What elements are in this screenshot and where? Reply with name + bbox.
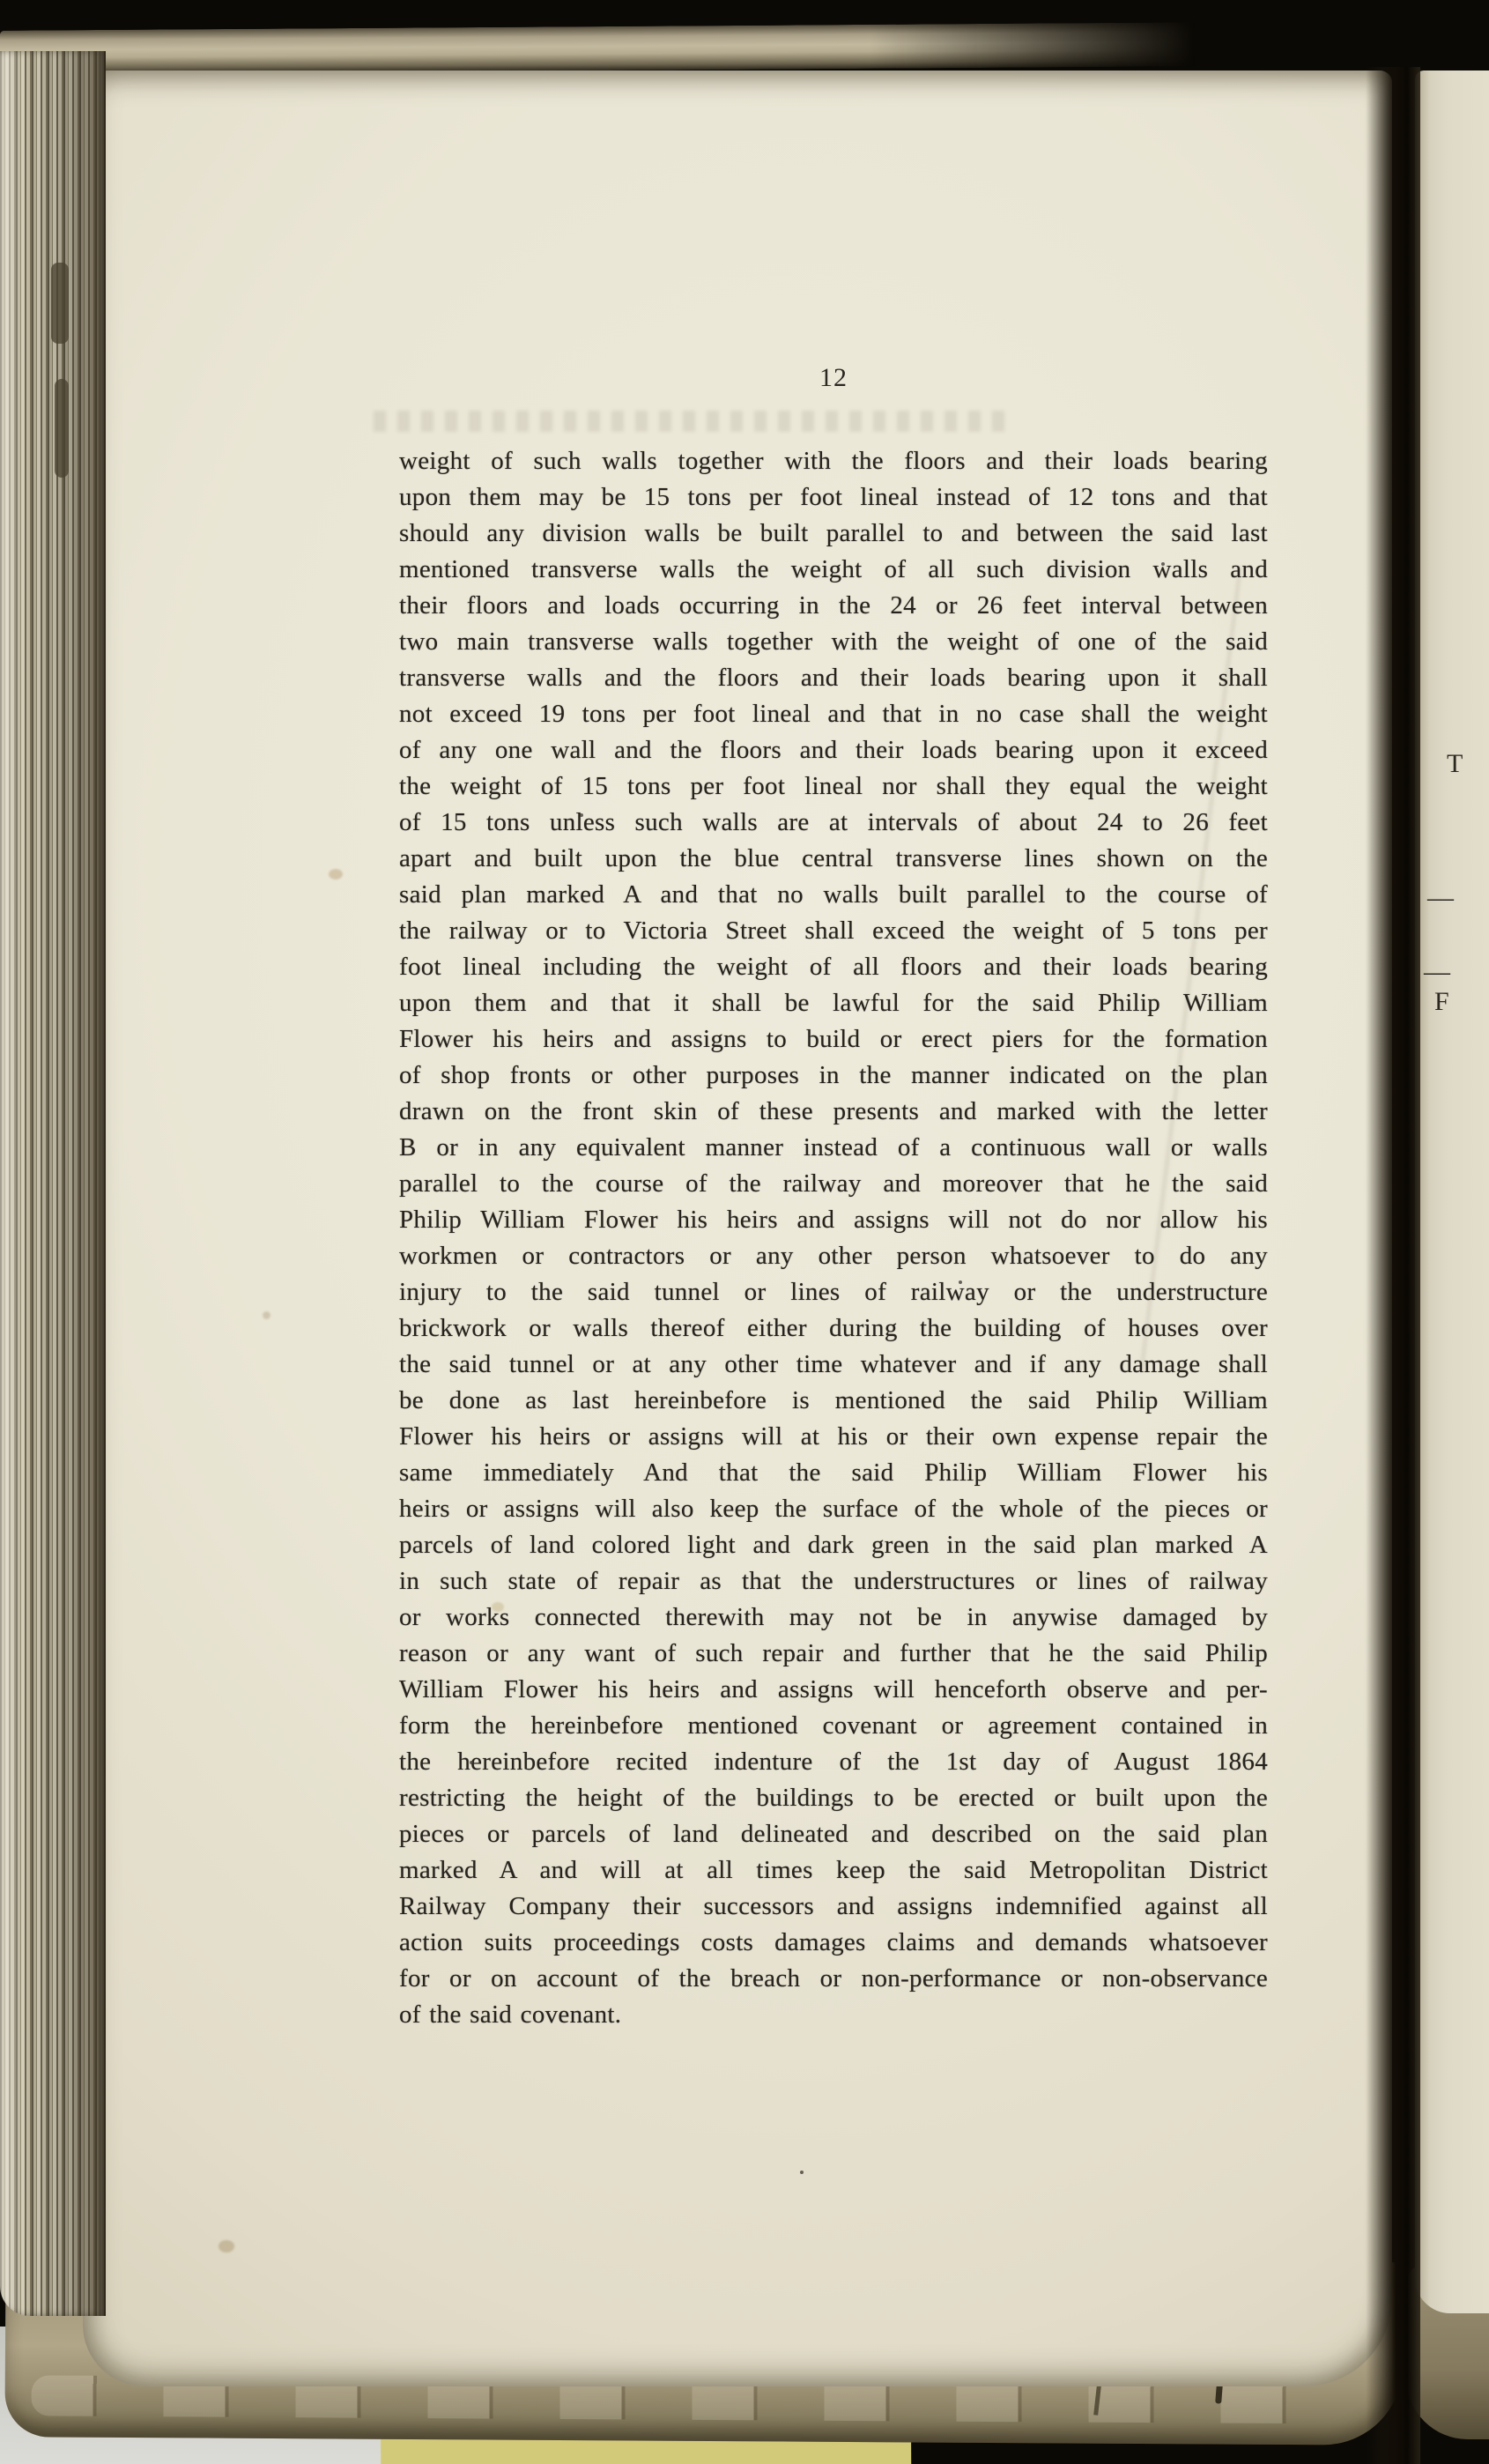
- body-text-line: should any division walls be built paral…: [399, 516, 1268, 552]
- body-text-line: parcels of land colored light and dark g…: [399, 1527, 1268, 1563]
- page-text-block: weight of such walls together with the f…: [399, 443, 1268, 2033]
- next-page-text-fragment: T: [1447, 749, 1463, 779]
- binding-dark-mark: [55, 379, 69, 478]
- body-text-line: of shop fronts or other purposes in the …: [399, 1058, 1268, 1094]
- body-text-line: Philip William Flower his heirs and assi…: [399, 1202, 1268, 1238]
- next-page-text-fragment: —: [1424, 957, 1451, 987]
- body-text-line: workmen or contractors or any other pers…: [399, 1238, 1268, 1274]
- body-text-line: upon them and that it shall be lawful fo…: [399, 985, 1268, 1021]
- binding-dark-mark: [51, 263, 69, 344]
- body-text-line: Railway Company their successors and ass…: [399, 1889, 1268, 1925]
- body-text-line: of 15 tons unless such walls are at inte…: [399, 805, 1268, 841]
- body-text-line: the weight of 15 tons per foot lineal no…: [399, 768, 1268, 805]
- page-gutter-shadow: [1366, 67, 1420, 2464]
- body-text-line: upon them may be 15 tons per foot lineal…: [399, 479, 1268, 516]
- body-text-line: said plan marked A and that no walls bui…: [399, 877, 1268, 913]
- paper-speck: [800, 2171, 804, 2174]
- body-text-line: marked A and will at all times keep the …: [399, 1852, 1268, 1889]
- left-page-edges-stack: [0, 51, 106, 2316]
- body-text-line: same immediately And that the said Phili…: [399, 1455, 1268, 1491]
- body-text-line: be done as last hereinbefore is mentione…: [399, 1383, 1268, 1419]
- body-text-line: their floors and loads occurring in the …: [399, 588, 1268, 624]
- body-text-line: the said tunnel or at any other time wha…: [399, 1347, 1268, 1383]
- paper-stain: [329, 869, 343, 879]
- book-page: 12 weight of such walls together with th…: [83, 71, 1392, 2386]
- body-text-line: parallel to the course of the railway an…: [399, 1166, 1268, 1202]
- body-text-line: weight of such walls together with the f…: [399, 443, 1268, 479]
- page-number: 12: [399, 363, 1268, 398]
- body-text-line: William Flower his heirs and assigns wil…: [399, 1672, 1268, 1708]
- body-text-line: reason or any want of such repair and fu…: [399, 1636, 1268, 1672]
- body-text-line: apart and built upon the blue central tr…: [399, 841, 1268, 877]
- body-text-line: pieces or parcels of land delineated and…: [399, 1816, 1268, 1852]
- body-text-line: form the hereinbefore mentioned covenant…: [399, 1708, 1268, 1744]
- paper-speck: [1161, 562, 1165, 566]
- body-text-line: action suits proceedings costs damages c…: [399, 1925, 1268, 1961]
- show-through-marks: [374, 411, 1008, 432]
- paper-speck: [959, 1280, 962, 1284]
- body-text-line: restricting the height of the buildings …: [399, 1780, 1268, 1816]
- body-text-line: of the said covenant.: [399, 1997, 1268, 2033]
- body-text-line: foot lineal including the weight of all …: [399, 949, 1268, 985]
- body-text-line: mentioned transverse walls the weight of…: [399, 552, 1268, 588]
- body-text-line: the railway or to Victoria Street shall …: [399, 913, 1268, 949]
- paper-speck: [580, 813, 583, 817]
- paper-stain: [219, 2240, 234, 2252]
- paper-speck: [470, 1761, 473, 1764]
- body-text-line: for or on account of the breach or non-p…: [399, 1961, 1268, 1997]
- body-text-line: Flower his heirs or assigns will at his …: [399, 1419, 1268, 1455]
- next-page-sliver: T — — F: [1415, 71, 1489, 2313]
- body-text-line: B or in any equivalent manner instead of…: [399, 1130, 1268, 1166]
- next-page-text-fragment: F: [1434, 987, 1449, 1017]
- next-page-text-fragment: —: [1427, 883, 1455, 913]
- book-top-page-edges: [0, 22, 1207, 75]
- body-text-line: two main transverse walls together with …: [399, 624, 1268, 660]
- body-text-line: not exceed 19 tons per foot lineal and t…: [399, 696, 1268, 732]
- body-text-line: or works connected therewith may not be …: [399, 1599, 1268, 1636]
- body-text-line: Flower his heirs and assigns to build or…: [399, 1021, 1268, 1058]
- body-text-line: the hereinbefore recited indenture of th…: [399, 1744, 1268, 1780]
- body-text-line: transverse walls and the floors and thei…: [399, 660, 1268, 696]
- body-text-line: injury to the said tunnel or lines of ra…: [399, 1274, 1268, 1310]
- body-text-line: in such state of repair as that the unde…: [399, 1563, 1268, 1599]
- body-text-line: brickwork or walls thereof either during…: [399, 1310, 1268, 1347]
- body-text-line: heirs or assigns will also keep the surf…: [399, 1491, 1268, 1527]
- paper-stain: [492, 1602, 504, 1612]
- body-text-line: drawn on the front skin of these present…: [399, 1094, 1268, 1130]
- paper-stain: [263, 1311, 270, 1319]
- body-text-line: of any one wall and the floors and their…: [399, 732, 1268, 768]
